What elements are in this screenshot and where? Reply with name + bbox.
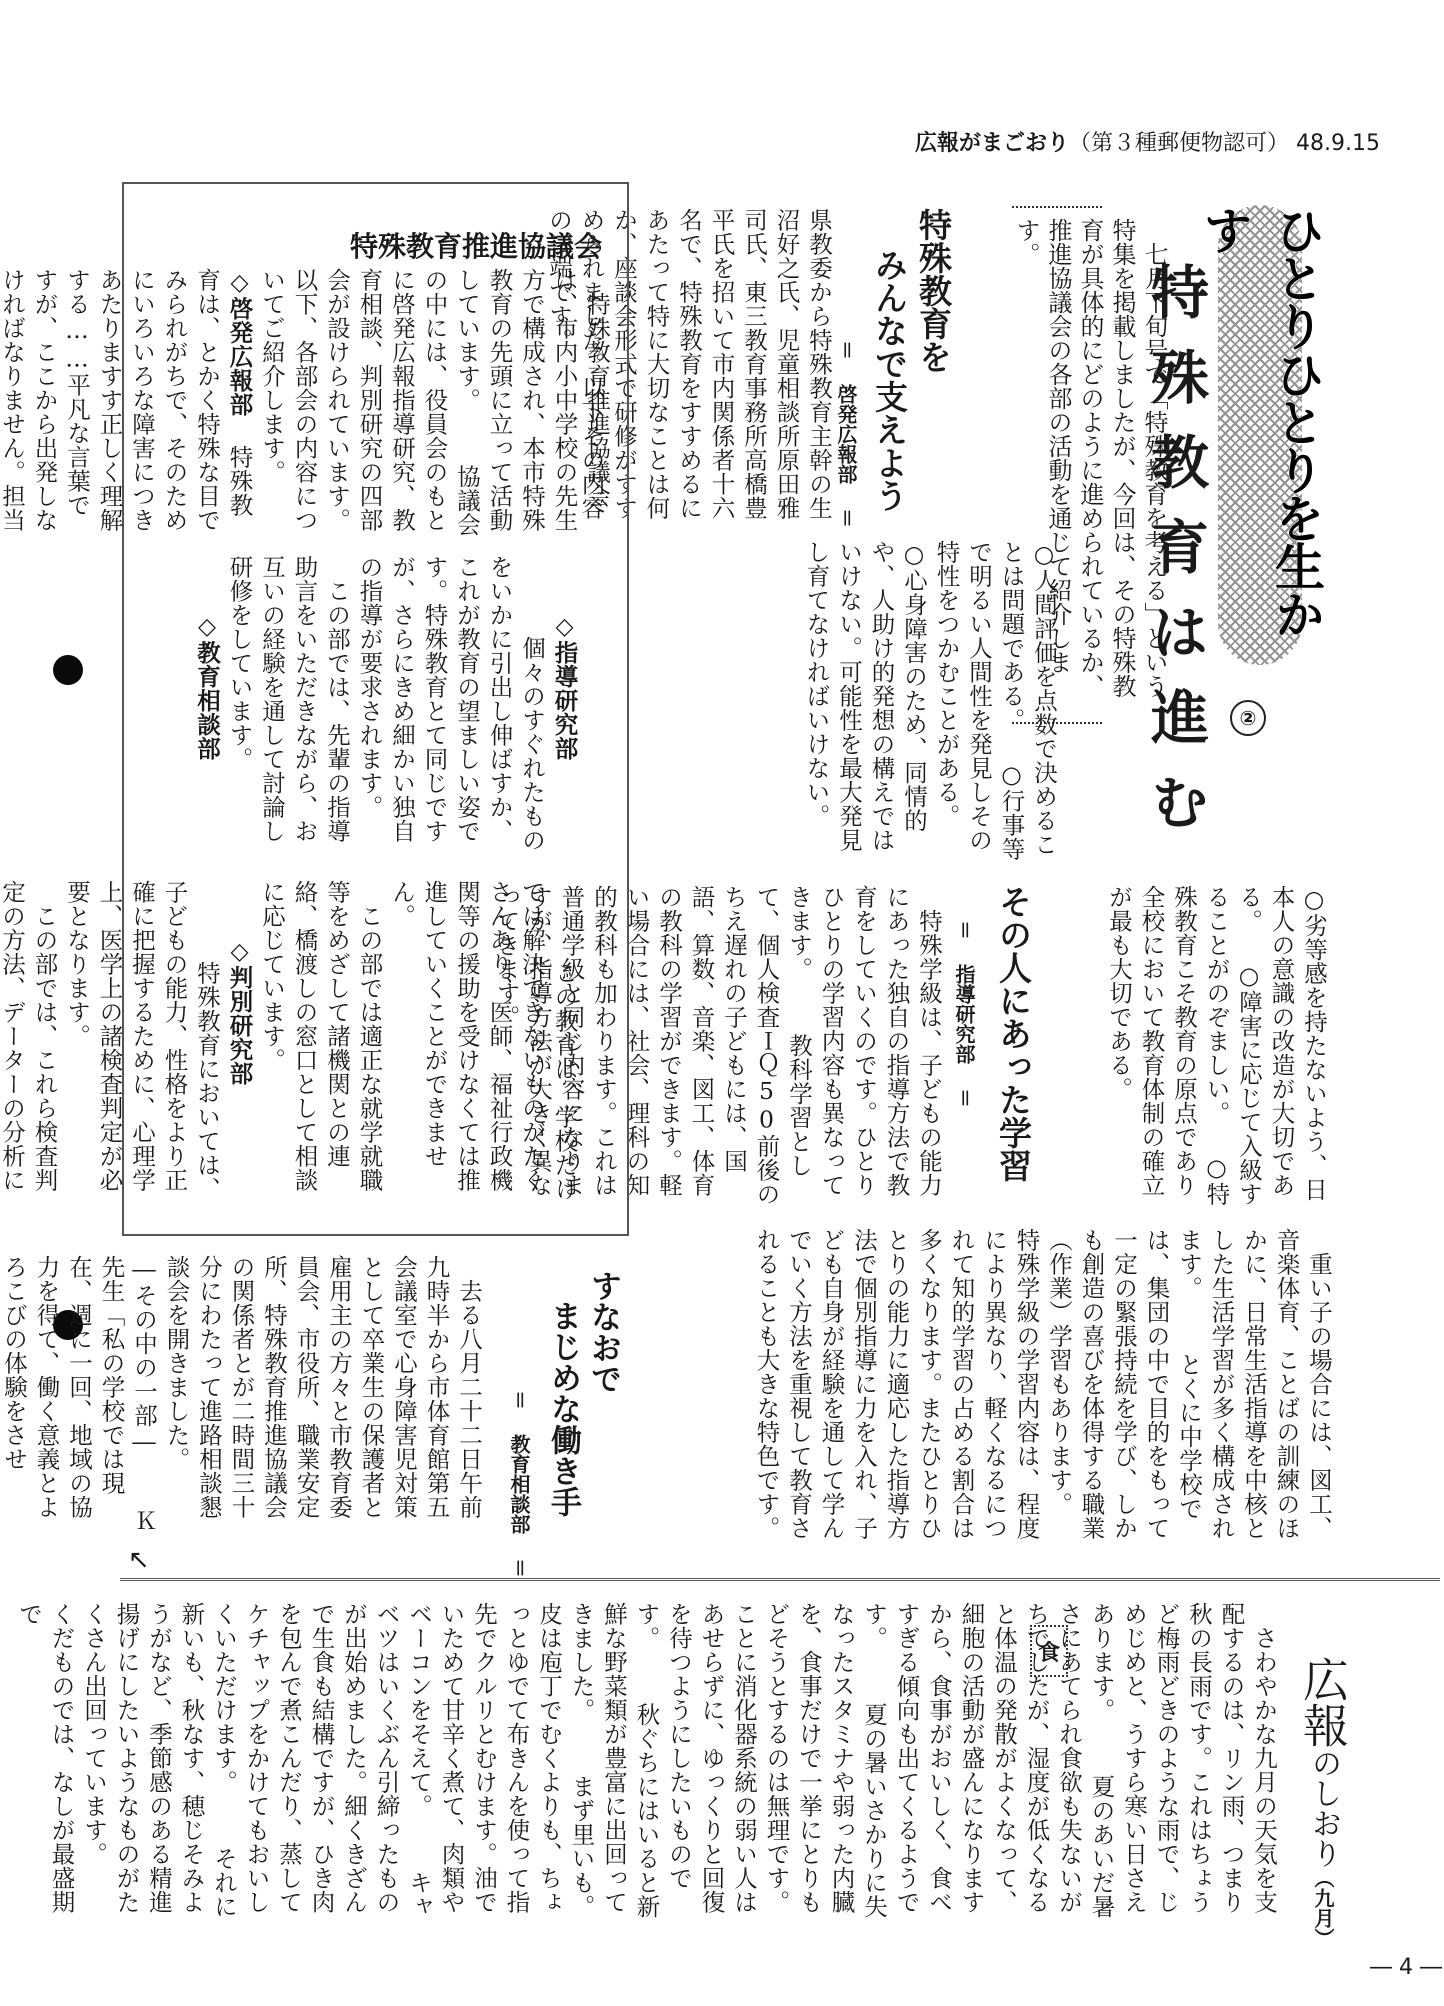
subsection-head-shidou: ◇指導研究部 — [551, 612, 579, 761]
section3-paragraph: 去る八月二十二日午前九時半から市体育館第五会議室で心身障害児対策として卒業生の保… — [163, 1255, 484, 1519]
section2-body-b: 重い子の場合には、図工、音楽体育、ことばの訓練のほかに、日常生活指導を中核とした… — [655, 1228, 1335, 1558]
punch-hole-icon — [53, 655, 83, 685]
continue-arrow-icon: ↖ — [128, 1545, 150, 1575]
section-divider — [120, 1578, 1440, 1581]
subsection-head-keihatsu: ◇啓発広報部 — [226, 268, 254, 417]
subsection-head-hanbetsu: ◇判別研究部 — [226, 937, 254, 1086]
column-title-char: 広 — [1296, 1656, 1350, 1702]
section2-heading: その人にあった学習 — [990, 885, 1036, 1182]
column-month: （九月） — [1311, 1868, 1335, 1948]
subsection-text: 個々のすぐれたものをいかに引出し伸ばすか、これが教育の望ましい姿です。特殊教育と… — [226, 555, 547, 852]
section1-heading-line1: 特殊教育を — [910, 208, 956, 373]
column-title-small: のしおり — [1306, 1748, 1341, 1868]
column-title-char: 報 — [1296, 1702, 1350, 1748]
postal-registration: （第３種郵便物認可） — [1069, 131, 1289, 156]
section2-body-a: 特殊学級は、子どもの能力にあった独自の指導方法で教育をしていくのです。ひとりひと… — [655, 885, 945, 1215]
section1-department: ＝ 啓発広報部 ＝ — [832, 340, 861, 528]
council-box-title: 特殊教育推進協議会 — [350, 225, 602, 265]
section2-department: ＝ 指導研究部 ＝ — [950, 920, 979, 1108]
column-paragraph: さわやかな九月の天気を支配するのは、リン雨、つまり秋の長雨です。これはちょうど梅… — [1088, 1602, 1279, 1914]
series-number-badge: ② — [1230, 700, 1266, 736]
section3-heading-line1: すなおで — [580, 1270, 626, 1394]
council-subsections-low: この教育は、学校だけでは解決できないものがたくさんあり、医師、福祉行政機関等の援… — [135, 880, 613, 1210]
column-paragraph: 夏の暑いさかりに失なったスタミナや弱った内臓を、食事だけで一挙にとりもどそうとす… — [633, 1602, 889, 1919]
council-intro: 特殊教育推進協議会は、市内小中学校の先生方で構成され、本市特殊教育の先頭に立って… — [135, 268, 613, 538]
point-3: ○心身障害のため、同情的や、人助け的発想の構えではいけない。可能性を最大発見し育… — [803, 540, 929, 852]
column-paragraph: 夏のあいだ暑さにあてられ食欲も失ないがちでしたが、湿度が低くなると体温の発散がよ… — [860, 1602, 1116, 1919]
page-number: ― 4 ― — [1370, 1955, 1442, 1980]
series-banner: ひとりひとりを生かす — [1218, 205, 1302, 665]
section3-heading-line2: まじめな働き手 — [540, 1300, 586, 1517]
council-intro-paragraph: 以下、各部会の内容についてご紹介します。 — [258, 268, 319, 532]
column-title: 広報のしおり（九月） — [1290, 1618, 1375, 1948]
subsection-text: この教育は、学校だけでは解決できないものがたくさんあり、医師、福祉行政機関等の援… — [258, 880, 579, 1201]
subsection-head-soudan: ◇教育相談部 — [193, 612, 221, 761]
masthead: 広報がまごおり（第３種郵便物認可） 48.9.15 — [820, 126, 1380, 157]
council-subsections-mid: ◇指導研究部 個々のすぐれたものをいかに引出し伸ばすか、これが教育の望ましい姿で… — [135, 555, 613, 855]
column-body: さわやかな九月の天気を支配するのは、リン雨、つまり秋の長雨です。これはちょうど梅… — [120, 1602, 1280, 1922]
section1-points-a: ○人間評価を点数で決めることは問題である。 ○行事等で明るい人間性を発見しその特… — [660, 540, 1060, 870]
section1-points-b: ○劣等感を持たないよう、日本人の意識の改造が大切である。 ○障害に応じて入級する… — [1065, 885, 1330, 1215]
section3-department: ＝ 教育相談部 ＝ — [505, 1390, 534, 1578]
section3-body: 去る八月二十二日午前九時半から市体育館第五会議室で心身障害児対策として卒業生の保… — [130, 1255, 485, 1535]
subsection-text: 特殊教育は、とかく特殊な目でみられがちで、そのためにいろいろな障害につきあたりま… — [0, 268, 254, 532]
section1-heading-line2: みんなで支えよう — [866, 248, 912, 512]
issue-date: 48.9.15 — [1296, 131, 1380, 156]
section1-intro: 県教委から特殊教育主幹の生沼好之氏、児童相談所原田雅司氏、東三教育事務所高橋豊平… — [645, 208, 835, 530]
subsection-text: 特殊教育においては、子どもの能力、性格をより正確に把握するために、心理学上、医学… — [0, 880, 221, 1201]
publication-name: 広報がまごおり — [915, 131, 1069, 156]
lede-rule-top — [1012, 206, 1102, 212]
column-paragraph: キャベツはいくぶん引締ったものが出始めました。細くきざんで生食も結構ですが、ひき… — [210, 1602, 433, 1919]
section2-paragraph: 特殊学級の学習内容は、程度により異なり、軽くなるにつれて知的学習の占める割合は多… — [753, 1228, 1074, 1569]
